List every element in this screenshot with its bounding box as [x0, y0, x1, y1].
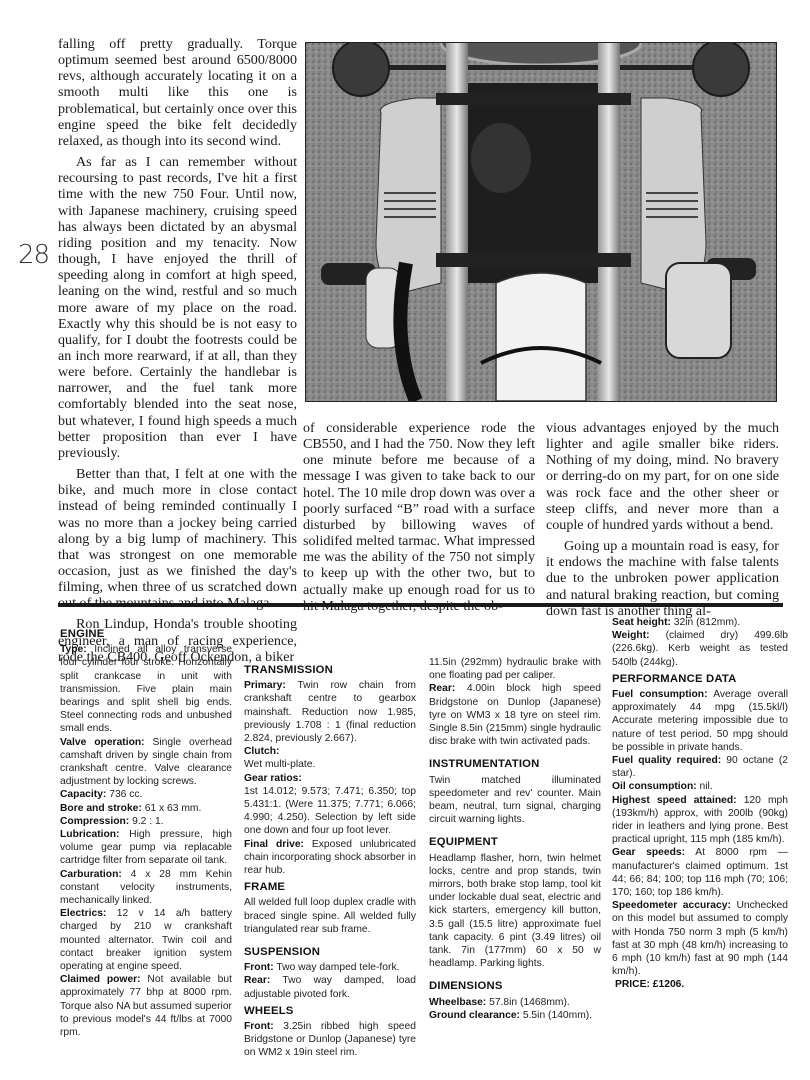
article-column-1: falling off pretty gradually. Torque opt… [58, 36, 297, 665]
spec-gear-speeds: Gear speeds: At 8000 rpm — manufacturer'… [612, 846, 788, 899]
spec-heading-transmission: TRANSMISSION [244, 664, 416, 677]
spec-heading-performance: PERFORMANCE DATA [612, 673, 788, 686]
spec-valve-operation: Valve operation: Single overhead camshaf… [60, 736, 232, 789]
article-paragraph: As far as I can remember without recours… [58, 154, 297, 461]
spec-weight: Weight: (claimed dry) 499.6lb (226.6kg).… [612, 629, 788, 669]
spec-wheel-front: Front: 3.25in ribbed high speed Bridgsto… [244, 1020, 416, 1060]
spec-heading-equipment: EQUIPMENT [429, 836, 601, 849]
article-paragraph: vious advantages enjoyed by the much lig… [546, 420, 779, 533]
spec-wheelbase: Wheelbase: 57.8in (1468mm). [429, 996, 601, 1009]
spec-heading-wheels: WHEELS [244, 1005, 416, 1018]
article-paragraph: of considerable experience rode the CB55… [303, 420, 535, 614]
spec-seat-height: Seat height: 32in (812mm). [612, 616, 788, 629]
spec-fuel-quality: Fuel quality required: 90 octane (2 star… [612, 754, 788, 780]
page-number: 28 [18, 240, 49, 270]
spec-lubrication: Lubrication: High pressure, high volume … [60, 828, 232, 868]
spec-ground-clearance: Ground clearance: 5.5in (140mm). [429, 1009, 601, 1022]
spec-frame: All welded full loop duplex cradle with … [244, 896, 416, 936]
spec-highest-speed: Highest speed attained: 120 mph (193km/h… [612, 794, 788, 847]
spec-clutch-label: Clutch: [244, 745, 416, 758]
spec-bore-stroke: Bore and stroke: 61 x 63 mm. [60, 802, 232, 815]
spec-heading-dimensions: DIMENSIONS [429, 980, 601, 993]
spec-heading-instrumentation: INSTRUMENTATION [429, 758, 601, 771]
spec-wheel-rear: Rear: 4.00in block high speed Bridgstone… [429, 682, 601, 748]
spec-equipment: Headlamp flasher, horn, twin helmet lock… [429, 852, 601, 971]
article-paragraph: falling off pretty gradually. Torque opt… [58, 36, 297, 149]
spec-heading-engine: ENGINE [60, 628, 232, 641]
spec-wheel-front-brake: 11.5in (292mm) hydraulic brake with one … [429, 656, 601, 682]
spec-suspension-rear: Rear: Two way damped, load adjustable pi… [244, 974, 416, 1000]
spec-type: Type: Inclined all alloy transverse four… [60, 643, 232, 735]
spec-gear-ratios: 1st 14.012; 9.573; 7.471; 6.350; top 5.4… [244, 785, 416, 838]
spec-speedometer-accuracy: Speedometer accuracy: Unchecked on this … [612, 899, 788, 978]
motorcycle-front-image [306, 43, 776, 401]
spec-capacity: Capacity: 736 cc. [60, 788, 232, 801]
spec-clutch: Wet multi-plate. [244, 758, 416, 771]
motorcycle-photo [305, 42, 777, 402]
spec-oil-consumption: Oil consumption: nil. [612, 780, 788, 793]
spec-price: PRICE: £1206. [612, 978, 788, 991]
spec-gear-ratios-label: Gear ratios: [244, 772, 416, 785]
spec-primary: Primary: Twin row chain from crankshaft … [244, 679, 416, 745]
spec-electrics: Electrics: 12 v 14 a/h battery charged b… [60, 907, 232, 973]
spec-column-2: TRANSMISSION Primary: Twin row chain fro… [244, 660, 416, 1060]
spec-instrumentation: Twin matched illuminated speedometer and… [429, 774, 601, 827]
article-paragraph: Better than that, I felt at one with the… [58, 466, 297, 611]
article-column-2: of considerable experience rode the CB55… [303, 420, 535, 614]
spec-column-3: 11.5in (292mm) hydraulic brake with one … [429, 656, 601, 1022]
spec-carburation: Carburation: 4 x 28 mm Kehin constant ve… [60, 868, 232, 908]
spec-heading-frame: FRAME [244, 881, 416, 894]
spec-suspension-front: Front: Two way damped tele-fork. [244, 961, 416, 974]
section-divider [58, 603, 783, 607]
spec-compression: Compression: 9.2 : 1. [60, 815, 232, 828]
spec-final-drive: Final drive: Exposed unlubricated chain … [244, 838, 416, 878]
spec-column-4: Seat height: 32in (812mm). Weight: (clai… [612, 616, 788, 992]
spec-claimed-power: Claimed power: Not available but approxi… [60, 973, 232, 1039]
article-column-3: vious advantages enjoyed by the much lig… [546, 420, 779, 619]
spec-column-1: ENGINE Type: Inclined all alloy transver… [60, 624, 232, 1039]
spec-heading-suspension: SUSPENSION [244, 946, 416, 959]
magazine-page: 28 falling off pretty gradually. Torque … [0, 0, 810, 1080]
spec-fuel-consumption: Fuel consumption: Average overall approx… [612, 688, 788, 754]
